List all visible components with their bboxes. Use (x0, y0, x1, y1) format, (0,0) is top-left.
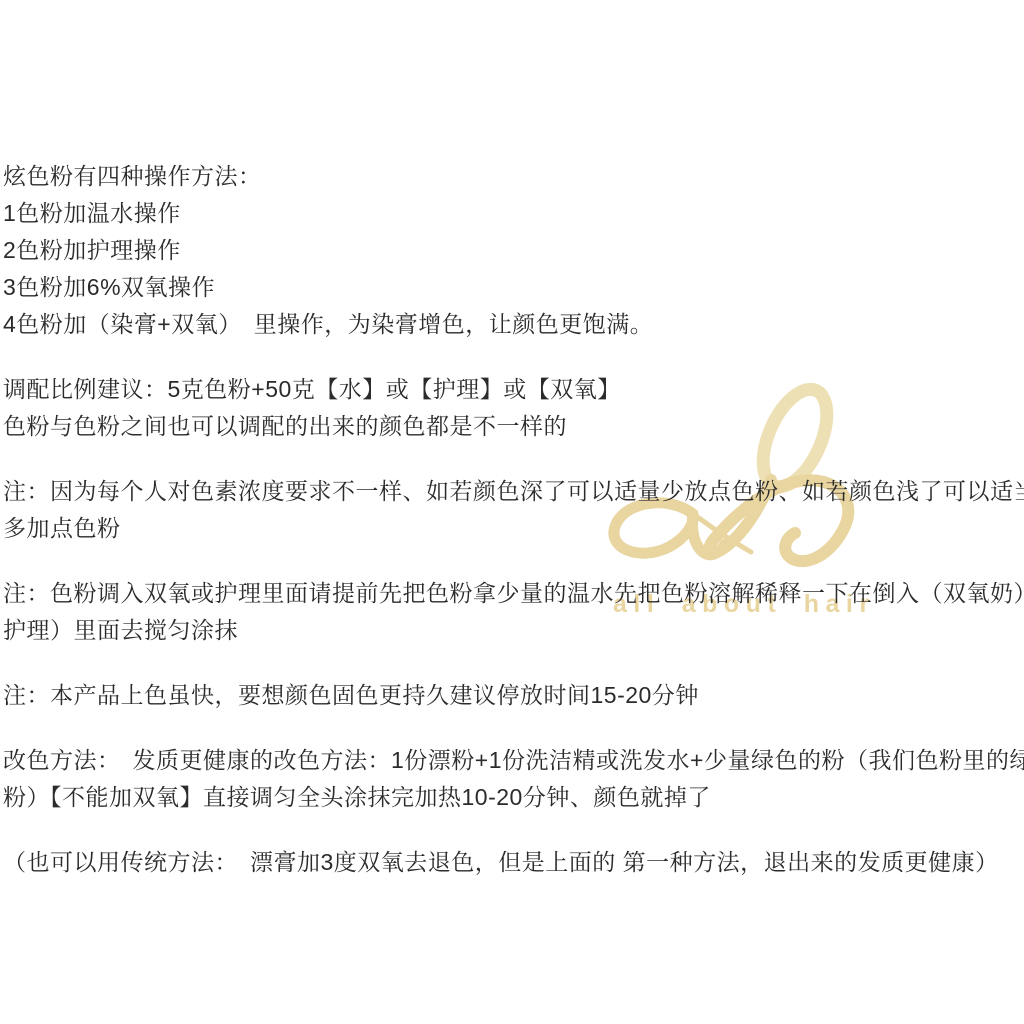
text-line: 粉）【不能加双氧】直接调匀全头涂抹完加热10-20分钟、颜色就掉了 (3, 779, 1023, 816)
text-line: 改色方法： 发质更健康的改色方法：1份漂粉+1份洗洁精或洗发水+少量绿色的粉（我… (3, 742, 1023, 779)
text-line: 多加点色粉 (3, 510, 1023, 547)
text-line: 注：色粉调入双氧或护理里面请提前先把色粉拿少量的温水先把色粉溶解稀释一下在倒入（… (3, 575, 1023, 612)
paragraph-traditional-method: （也可以用传统方法： 漂膏加3度双氧去退色，但是上面的 第一种方法，退出来的发质… (3, 844, 1023, 881)
text-line: 色粉与色粉之间也可以调配的出来的颜色都是不一样的 (3, 408, 1023, 445)
text-line: 注：因为每个人对色素浓度要求不一样、如若颜色深了可以适量少放点色粉、如若颜色浅了… (3, 473, 1023, 510)
text-line: 护理）里面去搅匀涂抹 (3, 612, 1023, 649)
text-line: 炫色粉有四种操作方法： (3, 158, 1023, 195)
paragraph-color-change-method: 改色方法： 发质更健康的改色方法：1份漂粉+1份洗洁精或洗发水+少量绿色的粉（我… (3, 742, 1023, 816)
note-dissolve-first: 注：色粉调入双氧或护理里面请提前先把色粉拿少量的温水先把色粉溶解稀释一下在倒入（… (3, 575, 1023, 649)
text-line: 注：本产品上色虽快，要想颜色固色更持久建议停放时间15-20分钟 (3, 677, 1023, 714)
text-line: 调配比例建议：5克色粉+50克【水】或【护理】或【双氧】 (3, 371, 1023, 408)
text-line: 2色粉加护理操作 (3, 232, 1023, 269)
text-line: 3色粉加6%双氧操作 (3, 269, 1023, 306)
note-processing-time: 注：本产品上色虽快，要想颜色固色更持久建议停放时间15-20分钟 (3, 677, 1023, 714)
text-line: （也可以用传统方法： 漂膏加3度双氧去退色，但是上面的 第一种方法，退出来的发质… (3, 844, 1023, 881)
product-instructions-page: all about hair 炫色粉有四种操作方法： 1色粉加温水操作 2色粉加… (0, 0, 1024, 1024)
instructions-text: 炫色粉有四种操作方法： 1色粉加温水操作 2色粉加护理操作 3色粉加6%双氧操作… (3, 158, 1023, 909)
text-line: 4色粉加（染膏+双氧） 里操作，为染膏增色，让颜色更饱满。 (3, 306, 1023, 343)
paragraph-mixing-ratio: 调配比例建议：5克色粉+50克【水】或【护理】或【双氧】 色粉与色粉之间也可以调… (3, 371, 1023, 445)
note-pigment-concentration: 注：因为每个人对色素浓度要求不一样、如若颜色深了可以适量少放点色粉、如若颜色浅了… (3, 473, 1023, 547)
text-line: 1色粉加温水操作 (3, 195, 1023, 232)
paragraph-four-operation-methods: 炫色粉有四种操作方法： 1色粉加温水操作 2色粉加护理操作 3色粉加6%双氧操作… (3, 158, 1023, 343)
